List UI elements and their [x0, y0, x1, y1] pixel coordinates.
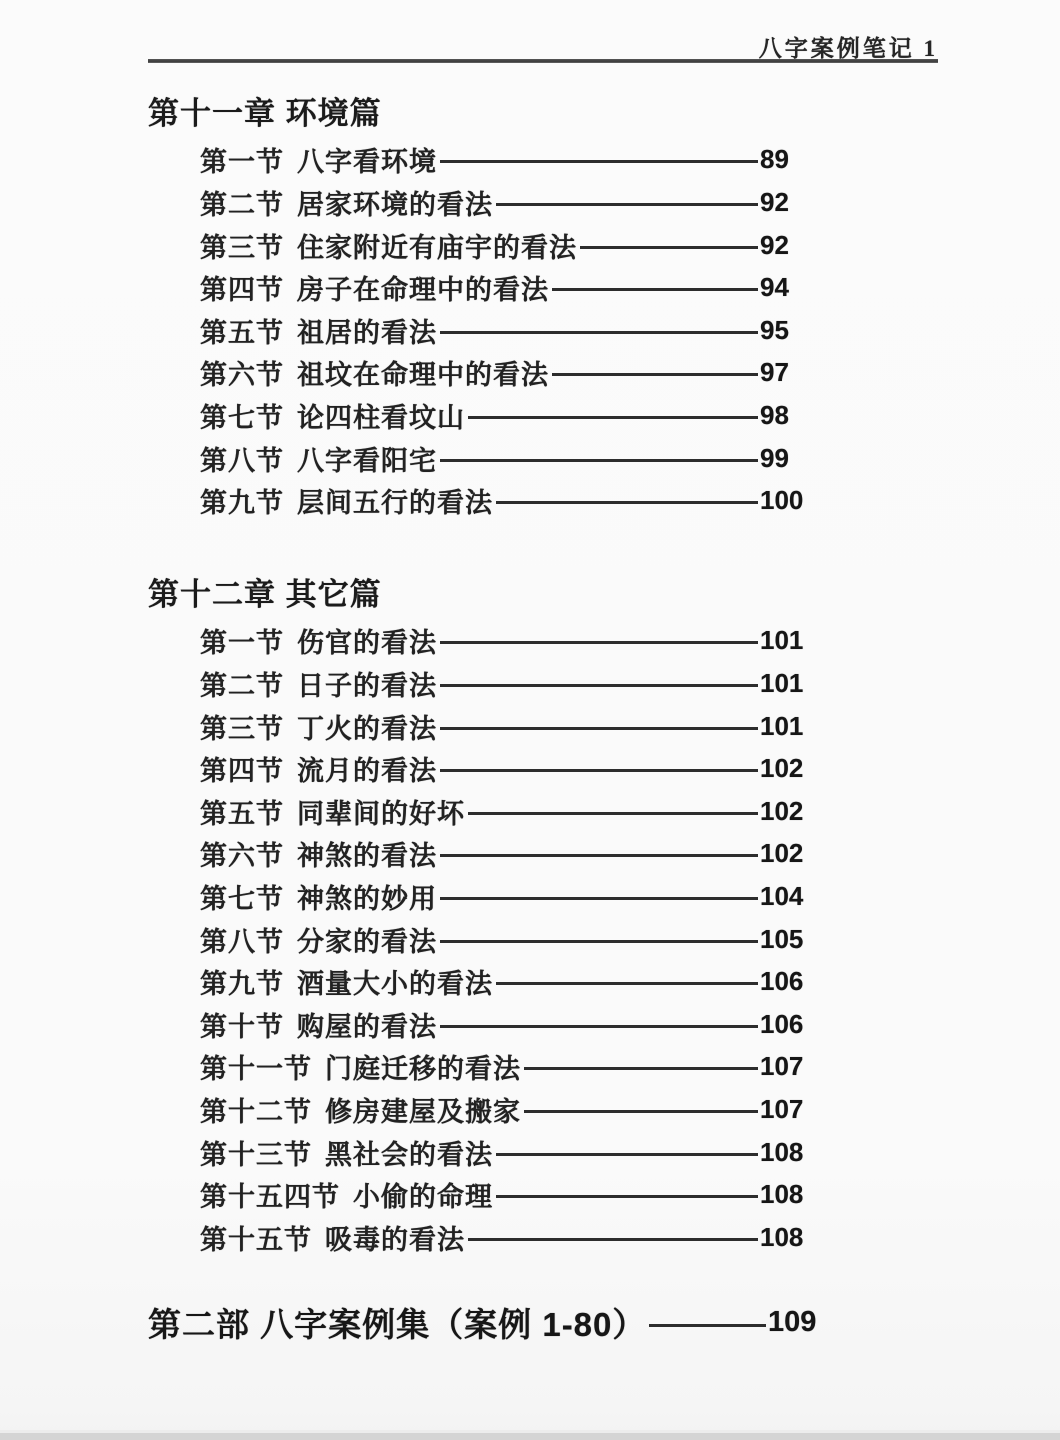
page-number: 109 [766, 1306, 838, 1339]
leader-line [524, 1067, 758, 1070]
section-title: 购屋的看法 [297, 1005, 437, 1044]
toc-entry: 第十三节 黑社会的看法 108 [200, 1131, 824, 1174]
toc-page: 八字案例笔记 1 第十一章 环境篇 第一节 八字看环境 89 第二节 居家环境的… [0, 0, 1060, 1440]
page-number: 108 [758, 1137, 824, 1168]
toc-entry: 第四节 房子在命理中的看法 94 [200, 266, 824, 309]
section-title: 房子在命理中的看法 [297, 268, 549, 307]
section-title: 丁火的看法 [297, 707, 437, 746]
section-title: 流月的看法 [297, 749, 437, 788]
leader-line [440, 897, 758, 900]
section-title: 同辈间的好坏 [297, 792, 465, 831]
section-label: 第十节 [200, 1005, 284, 1044]
page-number: 102 [758, 838, 824, 869]
leader-line [468, 812, 758, 815]
toc-entry: 第十五四节 小偷的命理 108 [200, 1173, 824, 1216]
section-label: 第十五四节 [200, 1175, 340, 1214]
section-label: 第九节 [200, 962, 284, 1001]
section-label: 第一节 [200, 621, 284, 660]
toc-entry: 第九节 层间五行的看法 100 [200, 479, 824, 522]
leader-line [496, 501, 758, 504]
page-number: 108 [758, 1179, 824, 1210]
page-number: 97 [758, 357, 824, 388]
leader-line [440, 459, 758, 462]
toc-entry: 第十五节 吸毒的看法 108 [200, 1216, 824, 1259]
toc-entry: 第六节 神煞的看法 102 [200, 833, 824, 876]
section-title: 小偷的命理 [353, 1175, 493, 1214]
section-title: 论四柱看坟山 [297, 396, 465, 435]
page-number: 95 [758, 315, 824, 346]
toc-entry: 第五节 祖居的看法 95 [200, 309, 824, 352]
leader-line [440, 160, 758, 163]
toc-entry: 第二节 居家环境的看法 92 [200, 181, 824, 224]
leader-line [440, 641, 758, 644]
toc-entry: 第五节 同辈间的好坏 102 [200, 790, 824, 833]
chapter-11-sections: 第一节 八字看环境 89 第二节 居家环境的看法 92 第三节 住家附近有庙宇的… [200, 139, 824, 522]
page-number: 101 [758, 625, 824, 656]
leader-line [649, 1324, 766, 1327]
toc-entry: 第三节 丁火的看法 101 [200, 705, 824, 748]
page-number: 102 [758, 796, 824, 827]
toc-entry: 第八节 分家的看法 105 [200, 918, 824, 961]
section-title: 修房建屋及搬家 [325, 1090, 521, 1129]
page-number: 92 [758, 187, 824, 218]
leader-line [552, 288, 758, 291]
page-number: 101 [758, 711, 824, 742]
section-label: 第二节 [200, 183, 284, 222]
section-label: 第十三节 [200, 1133, 312, 1172]
toc-entry: 第九节 酒量大小的看法 106 [200, 960, 824, 1003]
section-title: 伤官的看法 [297, 621, 437, 660]
scan-edge-bar [0, 1433, 1060, 1440]
page-number: 100 [758, 485, 824, 516]
section-title: 吸毒的看法 [325, 1218, 465, 1257]
leader-line [440, 940, 758, 943]
section-title: 八字看阳宅 [297, 439, 437, 478]
section-label: 第十二节 [200, 1090, 312, 1129]
toc-entry: 第一节 八字看环境 89 [200, 139, 824, 182]
toc-entry: 第七节 论四柱看坟山 98 [200, 394, 824, 437]
part-title: 第二部 八字案例集（案例 1-80） [148, 1299, 646, 1346]
section-label: 第三节 [200, 707, 284, 746]
leader-line [524, 1110, 758, 1113]
toc-entry: 第二节 日子的看法 101 [200, 662, 824, 705]
page-number: 94 [758, 272, 824, 303]
section-title: 日子的看法 [297, 664, 437, 703]
section-label: 第二节 [200, 664, 284, 703]
chapter-12-sections: 第一节 伤官的看法 101 第二节 日子的看法 101 第三节 丁火的看法 10… [200, 620, 824, 1259]
section-title: 酒量大小的看法 [297, 962, 493, 1001]
section-label: 第七节 [200, 396, 284, 435]
toc-entry: 第十节 购屋的看法 106 [200, 1003, 824, 1046]
section-label: 第八节 [200, 439, 284, 478]
leader-line [552, 373, 758, 376]
page-number: 104 [758, 881, 824, 912]
page-number: 107 [758, 1051, 824, 1082]
toc-entry: 第八节 八字看阳宅 99 [200, 437, 824, 480]
section-title: 八字看环境 [297, 140, 437, 179]
leader-line [468, 416, 758, 419]
chapter-12-title: 第十二章 其它篇 [148, 577, 838, 613]
leader-line [496, 1153, 758, 1156]
section-title: 神煞的看法 [297, 834, 437, 873]
page-number: 92 [758, 230, 824, 261]
leader-line [440, 727, 758, 730]
section-title: 祖居的看法 [297, 311, 437, 350]
leader-line [580, 246, 758, 249]
toc-entry: 第四节 流月的看法 102 [200, 747, 824, 790]
page-number: 89 [758, 144, 824, 175]
section-title: 层间五行的看法 [297, 481, 493, 520]
leader-line [496, 203, 758, 206]
toc-entry: 第六节 祖坟在命理中的看法 97 [200, 352, 824, 395]
toc-entry: 第三节 住家附近有庙宇的看法 92 [200, 224, 824, 267]
leader-line [440, 331, 758, 334]
page-number: 98 [758, 400, 824, 431]
page-number: 101 [758, 668, 824, 699]
leader-line [440, 769, 758, 772]
chapter-11-title: 第十一章 环境篇 [148, 96, 838, 132]
toc-entry: 第十一节 门庭迁移的看法 107 [200, 1046, 824, 1089]
part-2-entry: 第二部 八字案例集（案例 1-80） 109 [148, 1299, 838, 1346]
section-title: 神煞的妙用 [297, 877, 437, 916]
section-label: 第十一节 [200, 1047, 312, 1086]
section-label: 第九节 [200, 481, 284, 520]
section-title: 祖坟在命理中的看法 [297, 353, 549, 392]
leader-line [440, 854, 758, 857]
page-number: 106 [758, 1009, 824, 1040]
leader-line [468, 1238, 758, 1241]
toc-entry: 第十二节 修房建屋及搬家 107 [200, 1088, 824, 1131]
toc-entry: 第一节 伤官的看法 101 [200, 620, 824, 663]
section-title: 分家的看法 [297, 920, 437, 959]
section-label: 第七节 [200, 877, 284, 916]
section-label: 第三节 [200, 226, 284, 265]
section-title: 门庭迁移的看法 [325, 1047, 521, 1086]
section-title: 黑社会的看法 [325, 1133, 493, 1172]
page-number: 107 [758, 1094, 824, 1125]
section-label: 第一节 [200, 140, 284, 179]
page-number: 106 [758, 966, 824, 997]
section-label: 第六节 [200, 353, 284, 392]
page-number: 108 [758, 1222, 824, 1253]
leader-line [440, 1025, 758, 1028]
section-label: 第五节 [200, 792, 284, 831]
leader-line [496, 982, 758, 985]
leader-line [496, 1195, 758, 1198]
page-number: 105 [758, 924, 824, 955]
header-rule [148, 59, 938, 63]
section-label: 第五节 [200, 311, 284, 350]
toc-entry: 第七节 神煞的妙用 104 [200, 875, 824, 918]
section-label: 第六节 [200, 834, 284, 873]
section-title: 居家环境的看法 [297, 183, 493, 222]
page-number: 99 [758, 443, 824, 474]
leader-line [440, 684, 758, 687]
section-label: 第八节 [200, 920, 284, 959]
page-number: 102 [758, 753, 824, 784]
section-label: 第十五节 [200, 1218, 312, 1257]
toc-content: 第十一章 环境篇 第一节 八字看环境 89 第二节 居家环境的看法 92 第三节… [148, 86, 838, 1346]
section-label: 第四节 [200, 749, 284, 788]
section-title: 住家附近有庙宇的看法 [297, 226, 577, 265]
section-label: 第四节 [200, 268, 284, 307]
